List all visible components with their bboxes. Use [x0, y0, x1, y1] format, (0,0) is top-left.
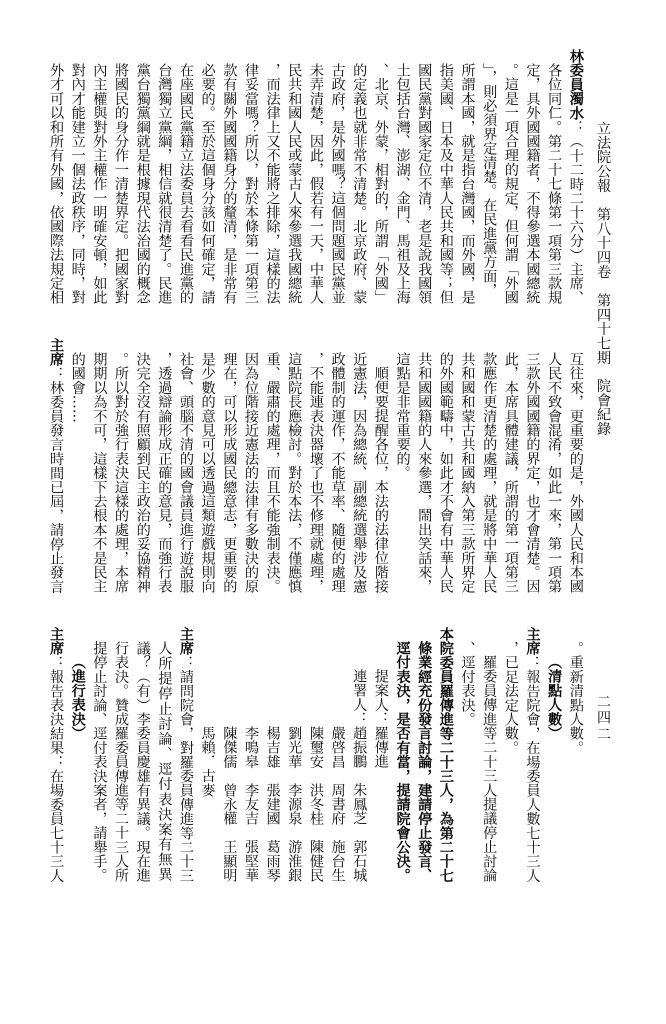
text-tier-2: 互往來，更重要的是，外國人民和本國 人民不致會混淆，如此一來，第一項第 三款外國…	[44, 352, 586, 622]
stage-direction: （清點人數）	[543, 641, 565, 925]
gazette-page: 立法院公報第八十四卷第四十七期院會紀錄 二四二 林委員濁水：（十二時二十六分）主…	[0, 0, 666, 1024]
text-column: 政體制的運作，不能草率、隨便的處理	[326, 352, 348, 622]
text-column: 決完全沒有照顧到民主政治的妥協精神	[131, 352, 153, 622]
text-column: 民共和國人民或蒙古人來參選我國總統	[283, 63, 305, 333]
speech-opening-column: 林委員濁水：（十二時二十六分）主席、	[564, 49, 586, 319]
text-column: ，已足法定人數。	[499, 641, 521, 911]
text-column: 將國民的身分作一清楚界定。把國家對	[109, 63, 131, 333]
text-column: 人所提停止討論、逕付表決案有無異	[153, 641, 175, 911]
text-column: 、逕付表決。	[456, 641, 478, 911]
cosigner-names: 李鳴皋 李友吉 張堅華	[239, 641, 261, 996]
volume-number: 第八十四卷	[595, 207, 611, 279]
text-column: 」，則必須界定清楚。在民進黨方面，	[478, 63, 500, 333]
text-column: 。所以對於強行表決這樣的處理，本席	[109, 352, 131, 622]
text-column: 的定義也就非常不清楚。北京政府、蒙	[348, 63, 370, 333]
text-column: 的國會……	[66, 352, 88, 622]
speech-text: ：（十二時二十六分）主席、	[568, 120, 584, 305]
cosigner-names: 陳璽安 洪冬桂 陳健民	[304, 641, 326, 996]
text-column: 議？（有）李委員慶雄有異議。現在進	[131, 641, 153, 911]
text-column: 互往來，更重要的是，外國人民和本國	[564, 352, 586, 622]
text-column: 此，本席具體建議，所謂的第一項第三	[499, 352, 521, 622]
text-column: 款應作更清楚的處理，就是將中華人民	[478, 352, 500, 622]
speaker-name: 主席	[48, 627, 64, 655]
text-column: ，透過辯論形成正確的意見，而強行表	[153, 352, 175, 622]
proposer-line: 提案人：羅傳進	[369, 641, 391, 939]
text-column: ，不能連表決器壞了也不修理就處理，	[304, 352, 326, 622]
text-column: 未弄清楚，因此，假若有一天，中華人	[304, 63, 326, 333]
statement-text: ：請問院會，對羅委員傳進等二十三	[178, 655, 194, 882]
stage-direction: （進行表決）	[66, 641, 88, 925]
cosigner-names: 劉光華 李源泉 游淮銀	[283, 641, 305, 996]
text-tier-1: 林委員濁水：（十二時二十六分）主席、 各位同仁。第二十七條第一項第三款規 定，具…	[44, 63, 586, 333]
text-column: 指美國、日本及中華人民共和國等；但	[434, 63, 456, 333]
text-column: 提停止討論、逕付表決案者，請舉手。	[88, 641, 110, 911]
text-column: 國民黨對國家定位不清，老是說我國領	[413, 63, 435, 333]
text-column: 古政府，是外國嗎？這個問題國民黨並	[326, 63, 348, 333]
text-column: 期期以為不可，這樣下去根本不是民主	[88, 352, 110, 622]
chair-statement-column: 主席：請問院會，對羅委員傳進等二十三	[174, 627, 196, 897]
text-column: 是少數的意見可以透過這類遊戲規則向	[196, 352, 218, 622]
text-column: 土包括台灣、澎湖、金門、馬祖及上海	[391, 63, 413, 333]
speaker-name: 主席	[48, 338, 64, 366]
text-column: 款有關外國國籍身分的釐清，是非常有	[218, 63, 240, 333]
text-column: 三款外國國籍的界定，也才會清楚。因	[521, 352, 543, 622]
motion-text-column: 逕付表決，是否有當，提請院會公決。	[391, 641, 413, 911]
text-column: 各位同仁。第二十七條第一項第三款規	[543, 63, 565, 333]
text-column: 的外國範疇中，如此才不會有中華人民	[434, 352, 456, 622]
text-column: 這點院長應檢討。對於本法，不僅應慎	[283, 352, 305, 622]
speaker-name: 主席	[178, 627, 194, 655]
text-column: 律妥當嗎？所以，對於本條第一項第三	[239, 63, 261, 333]
statement-text: ：報告表決結果：在場委員七十三人	[48, 655, 64, 882]
cosigners-line: 連署人：趙振鵬 朱鳳芝 郭石城	[348, 641, 370, 939]
cosigner-names: 馬賴．古麥	[196, 641, 218, 996]
text-column: 在座國民黨籍立法委員去看看民進黨的	[174, 63, 196, 333]
motion-text-column: 條業經充份發言討論，建請停止發言、	[413, 641, 435, 911]
cosigner-names: 嚴啓昌 周書府 施台生	[326, 641, 348, 996]
text-column: 台灣獨立黨綱，相信就很清楚了。民進	[153, 63, 175, 333]
chair-statement-column: 主席：林委員發言時間已屆，請停止發言	[44, 338, 66, 608]
text-column: 定，具外國國籍者，不得參選本國總統	[521, 63, 543, 333]
text-column: 黨台獨黨綱就是根據現代法治國的概念	[131, 63, 153, 333]
text-column: 重、嚴肅的處理，而且不能強制表決。	[261, 352, 283, 622]
paragraph-start-column: 順便要提醒各位，本法的法律位階接	[369, 352, 391, 636]
text-column: ，而法律上又不能將之排除，這樣的法	[261, 63, 283, 333]
paragraph-start-column: 羅委員傳進等二十三人提議停止討論	[478, 641, 500, 925]
speaker-name: 主席	[525, 627, 541, 655]
text-column: 內主權與對外主權作一明確安頓，如此	[88, 63, 110, 333]
statement-text: ：林委員發言時間已屆，請停止發言	[48, 366, 64, 593]
text-column: 對內才能建立一個法政秩序，同時，對	[66, 63, 88, 333]
text-column: 必要的。至於這個身分該如何確定，請	[196, 63, 218, 333]
text-column: 行表決。贊成羅委員傳進等二十三人所	[109, 641, 131, 911]
text-column: 、北京、外蒙，相對的，所謂「外國」	[369, 63, 391, 333]
text-column: 外才可以和所有外國，依國際法規定相	[44, 63, 66, 333]
text-column: 。這是一項合理的規定，但何謂「外國	[499, 63, 521, 333]
text-column: 人民不致會混淆，如此一來，第一項第	[543, 352, 565, 622]
text-tier-3: 。重新清點人數。 （清點人數） 主席：報告院會，在場委員人數七十三人 ，已足法定…	[44, 641, 586, 911]
motion-text-column: 本院委員羅傳進等二十三人，為第二十七	[434, 627, 456, 897]
chair-statement-column: 主席：報告院會，在場委員人數七十三人	[521, 627, 543, 897]
statement-text: ：報告院會，在場委員人數七十三人	[525, 655, 541, 882]
text-column: 近憲法，因為總統、副總統選舉涉及憲	[348, 352, 370, 622]
cosigner-names: 楊吉雄 張建國 葛雨琴	[261, 641, 283, 996]
speaker-name: 林委員濁水	[568, 49, 584, 120]
running-header: 立法院公報第八十四卷第四十七期院會紀錄	[593, 121, 613, 461]
page-number: 二四二	[593, 694, 613, 754]
text-column: 。重新清點人數。	[564, 641, 586, 911]
text-column: 理在，可以形成國民總意志，更重要的	[218, 352, 240, 622]
text-column: 因為位階接近憲法的法律有多數決的原	[239, 352, 261, 622]
issue-number: 第四十七期	[595, 293, 611, 365]
text-column: 所謂本國，就是指台灣國，而外國，是	[456, 63, 478, 333]
section-title: 院會紀錄	[595, 378, 611, 435]
chair-statement-column: 主席：報告表決結果：在場委員七十三人	[44, 627, 66, 897]
cosigner-names: 陳傑儒 曾永權 王顯明	[218, 641, 240, 996]
text-column: 社會、頭腦不清的國會議員進行遊說服	[174, 352, 196, 622]
text-column: 共和國和蒙古共和國納入第三款所界定	[456, 352, 478, 622]
publication-title: 立法院公報	[595, 121, 611, 193]
text-column: 這點是非常重要的。	[391, 352, 413, 622]
text-column: 共和國國籍的人來參選，鬧出笑話來，	[413, 352, 435, 622]
